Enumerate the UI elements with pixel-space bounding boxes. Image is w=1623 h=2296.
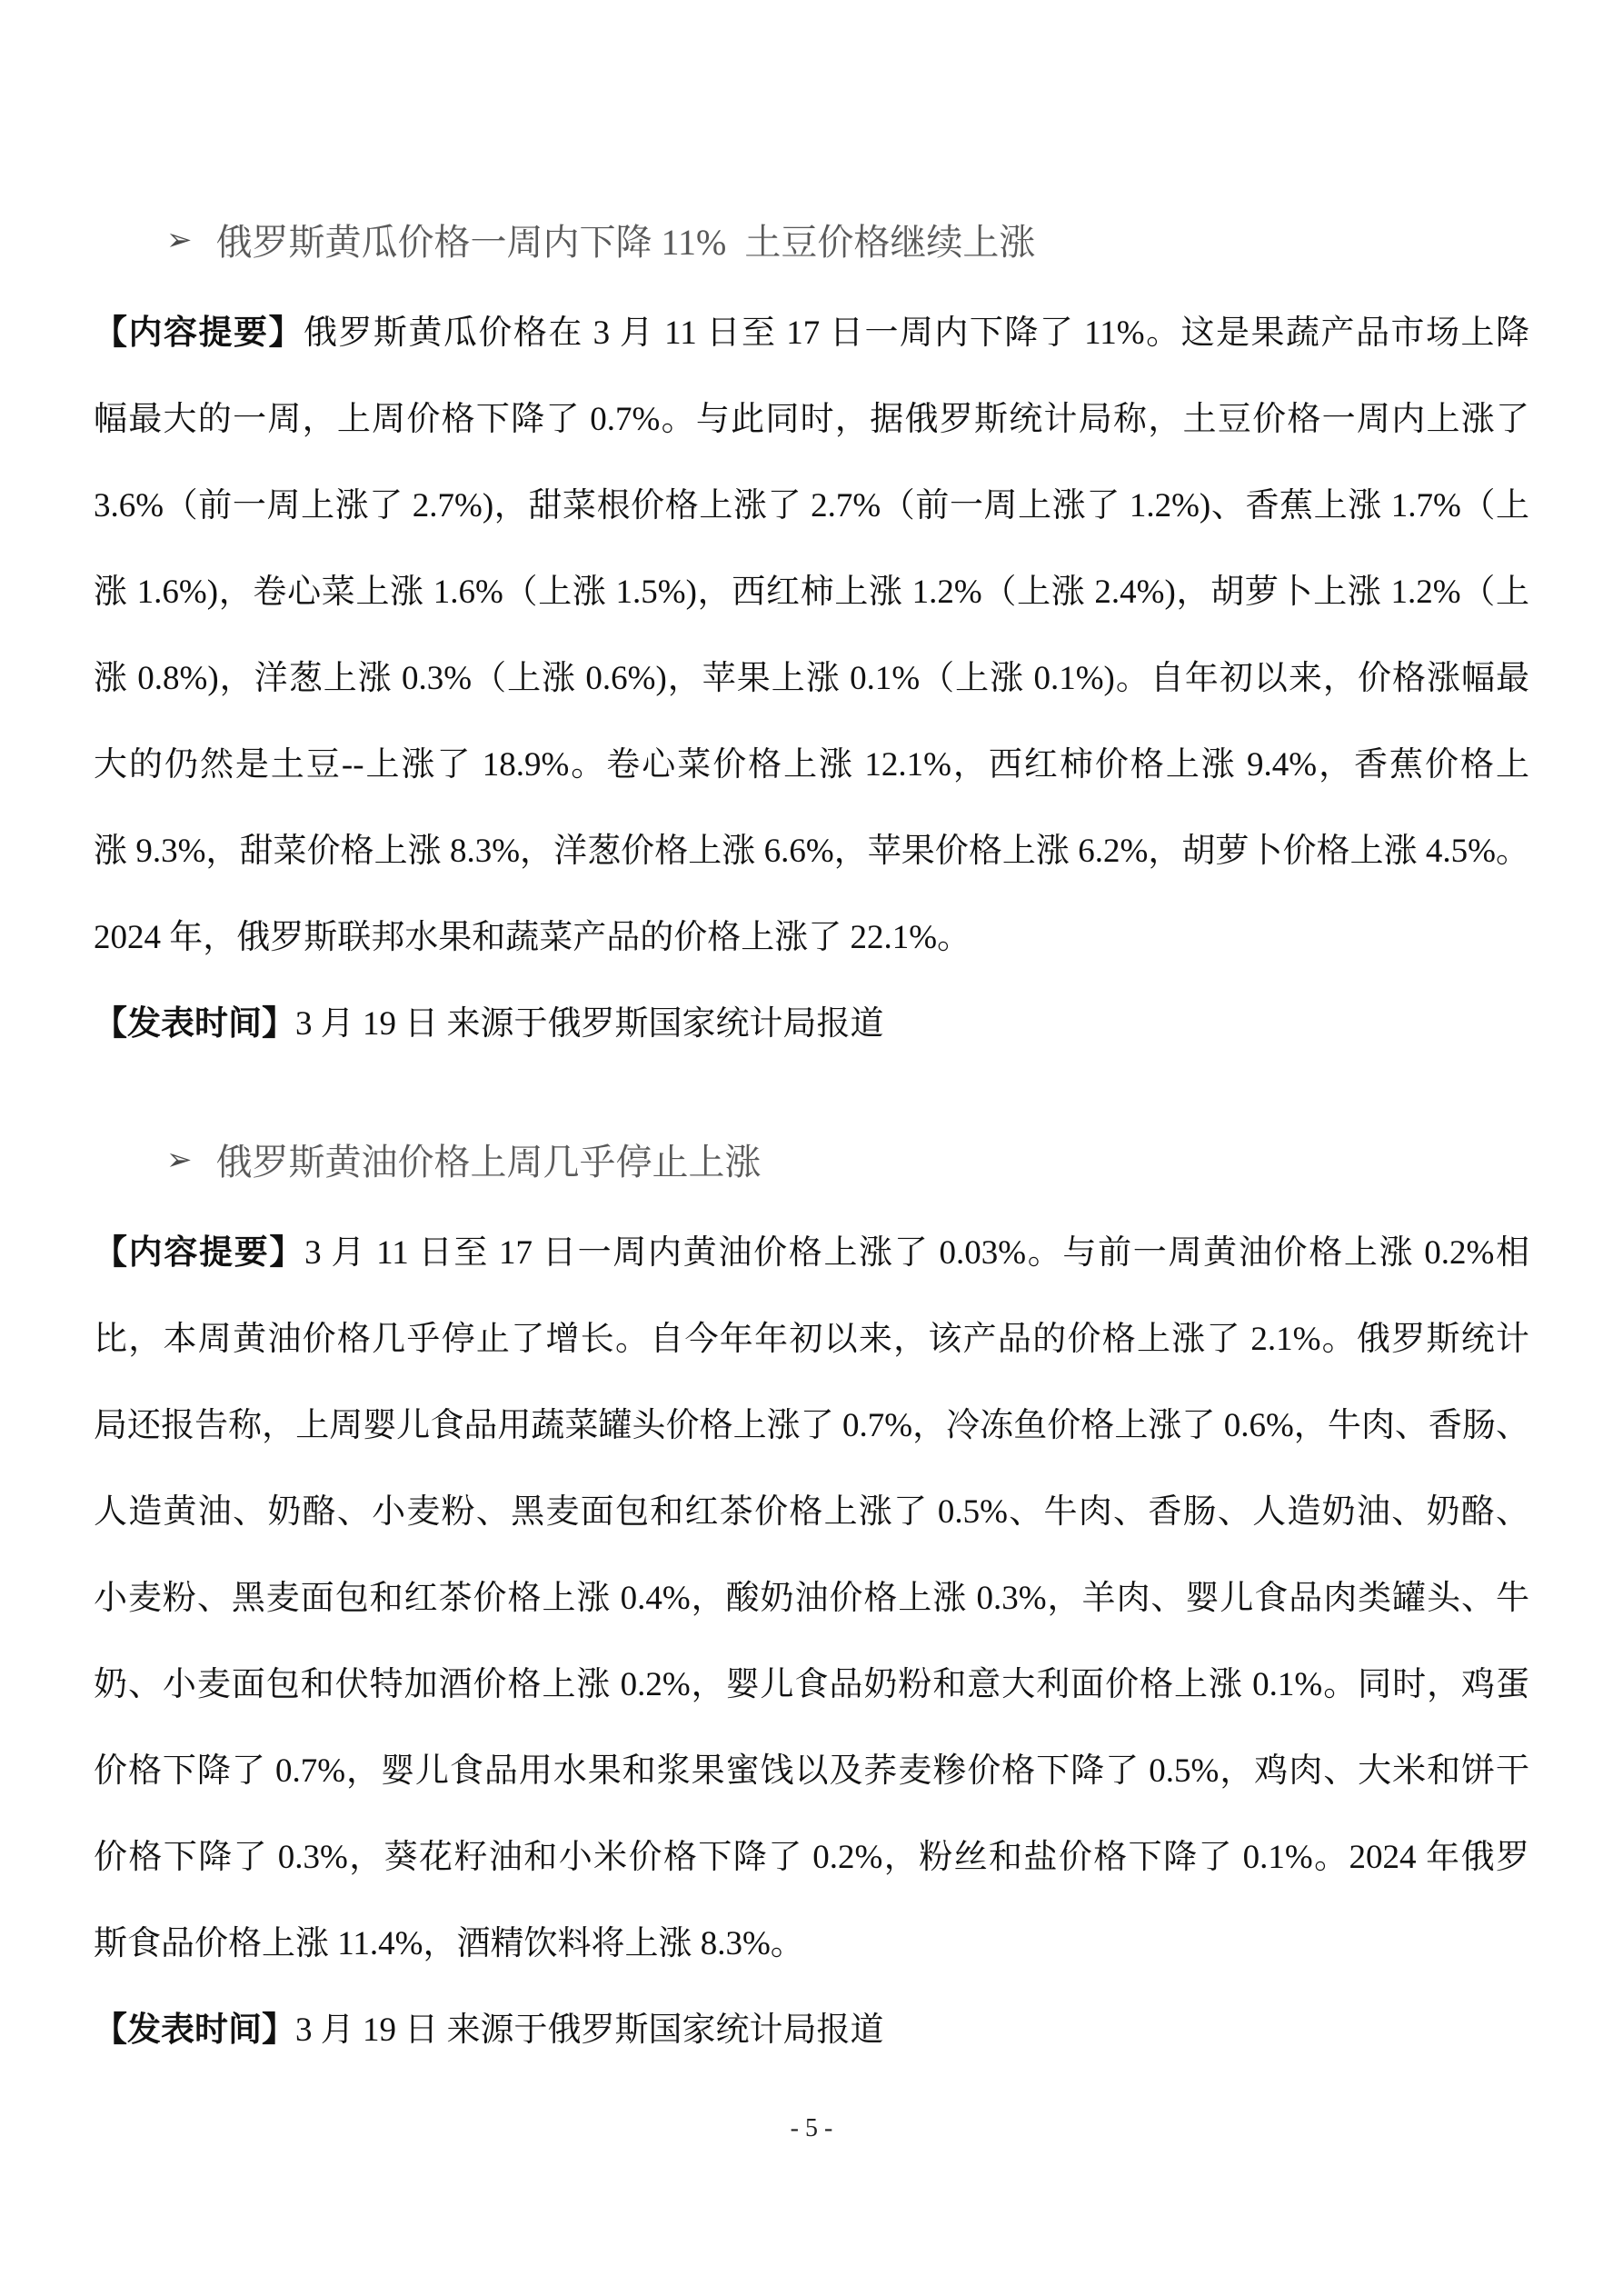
published-label: 【发表时间】 <box>94 1005 295 1043</box>
published-label: 【发表时间】 <box>94 2011 295 2049</box>
summary-line: 价格下降了 0.3%，葵花籽油和小米价格下降了 0.2%，粉丝和盐价格下降了 0… <box>94 1814 1529 1901</box>
summary-line: 2024 年，俄罗斯联邦水果和蔬菜产品的价格上涨了 22.1%。 <box>94 894 1529 981</box>
summary-line: 人造黄油、奶酪、小麦粉、黑麦面包和红茶价格上涨了 0.5%、牛肉、香肠、人造奶油… <box>94 1469 1529 1555</box>
summary-label: 【内容提要】 <box>94 314 304 352</box>
summary-line: 涨 1.6%)，卷心菜上涨 1.6%（上涨 1.5%)，西红柿上涨 1.2%（上… <box>94 549 1529 635</box>
published-text: 3 月 19 日 来源于俄罗斯国家统计局报道 <box>295 2011 884 2049</box>
published-line: 【发表时间】3 月 19 日 来源于俄罗斯国家统计局报道 <box>94 981 1529 1067</box>
section-title: ➢ 俄罗斯黄瓜价格一周内下降 11% 土豆价格继续上涨 <box>94 215 1529 270</box>
summary-line: 涨 0.8%)，洋葱上涨 0.3%（上涨 0.6%)，苹果上涨 0.1%（上涨 … <box>94 635 1529 722</box>
summary-line: 3.6%（前一周上涨了 2.7%)，甜菜根价格上涨了 2.7%（前一周上涨了 1… <box>94 463 1529 549</box>
section-title: ➢ 俄罗斯黄油价格上周几乎停止上涨 <box>94 1135 1529 1190</box>
summary-line: 幅最大的一周，上周价格下降了 0.7%。与此同时，据俄罗斯统计局称，土豆价格一周… <box>94 376 1529 463</box>
summary-line: 涨 9.3%，甜菜价格上涨 8.3%，洋葱价格上涨 6.6%，苹果价格上涨 6.… <box>94 808 1529 894</box>
page-number: - 5 - <box>94 2114 1529 2143</box>
document-page: ➢ 俄罗斯黄瓜价格一周内下降 11% 土豆价格继续上涨 【内容提要】俄罗斯黄瓜价… <box>0 0 1623 2296</box>
summary-line: 价格下降了 0.7%，婴儿食品用水果和浆果蜜饯以及荞麦糁价格下降了 0.5%，鸡… <box>94 1728 1529 1814</box>
summary-line: 小麦粉、黑麦面包和红茶价格上涨 0.4%，酸奶油价格上涨 0.3%，羊肉、婴儿食… <box>94 1555 1529 1642</box>
news-section-cucumber: ➢ 俄罗斯黄瓜价格一周内下降 11% 土豆价格继续上涨 【内容提要】俄罗斯黄瓜价… <box>94 215 1529 1067</box>
summary-line: 【内容提要】3 月 11 日至 17 日一周内黄油价格上涨了 0.03%。与前一… <box>94 1210 1529 1296</box>
section-title-text: 俄罗斯黄油价格上周几乎停止上涨 <box>216 1135 762 1190</box>
section-title-text: 俄罗斯黄瓜价格一周内下降 11% 土豆价格继续上涨 <box>216 215 1036 270</box>
news-section-butter: ➢ 俄罗斯黄油价格上周几乎停止上涨 【内容提要】3 月 11 日至 17 日一周… <box>94 1135 1529 2073</box>
summary-line: 【内容提要】俄罗斯黄瓜价格在 3 月 11 日至 17 日一周内下降了 11%。… <box>94 290 1529 376</box>
summary-text: 俄罗斯黄瓜价格在 3 月 11 日至 17 日一周内下降了 11%。这是果蔬产品… <box>304 314 1529 352</box>
arrow-bullet-icon: ➢ <box>166 214 193 268</box>
summary-label: 【内容提要】 <box>94 1234 304 1272</box>
summary-line: 局还报告称，上周婴儿食品用蔬菜罐头价格上涨了 0.7%，冷冻鱼价格上涨了 0.6… <box>94 1383 1529 1469</box>
published-text: 3 月 19 日 来源于俄罗斯国家统计局报道 <box>295 1005 884 1043</box>
summary-line: 大的仍然是土豆--上涨了 18.9%。卷心菜价格上涨 12.1%，西红柿价格上涨… <box>94 722 1529 808</box>
summary-line: 比，本周黄油价格几乎停止了增长。自今年年初以来，该产品的价格上涨了 2.1%。俄… <box>94 1296 1529 1383</box>
summary-line: 斯食品价格上涨 11.4%，酒精饮料将上涨 8.3%。 <box>94 1901 1529 1987</box>
section-summary: 【内容提要】俄罗斯黄瓜价格在 3 月 11 日至 17 日一周内下降了 11%。… <box>94 290 1529 981</box>
published-line: 【发表时间】3 月 19 日 来源于俄罗斯国家统计局报道 <box>94 1987 1529 2073</box>
section-summary: 【内容提要】3 月 11 日至 17 日一周内黄油价格上涨了 0.03%。与前一… <box>94 1210 1529 1987</box>
summary-line: 奶、小麦面包和伏特加酒价格上涨 0.2%，婴儿食品奶粉和意大利面价格上涨 0.1… <box>94 1642 1529 1728</box>
arrow-bullet-icon: ➢ <box>166 1133 193 1188</box>
summary-text: 3 月 11 日至 17 日一周内黄油价格上涨了 0.03%。与前一周黄油价格上… <box>304 1234 1529 1272</box>
